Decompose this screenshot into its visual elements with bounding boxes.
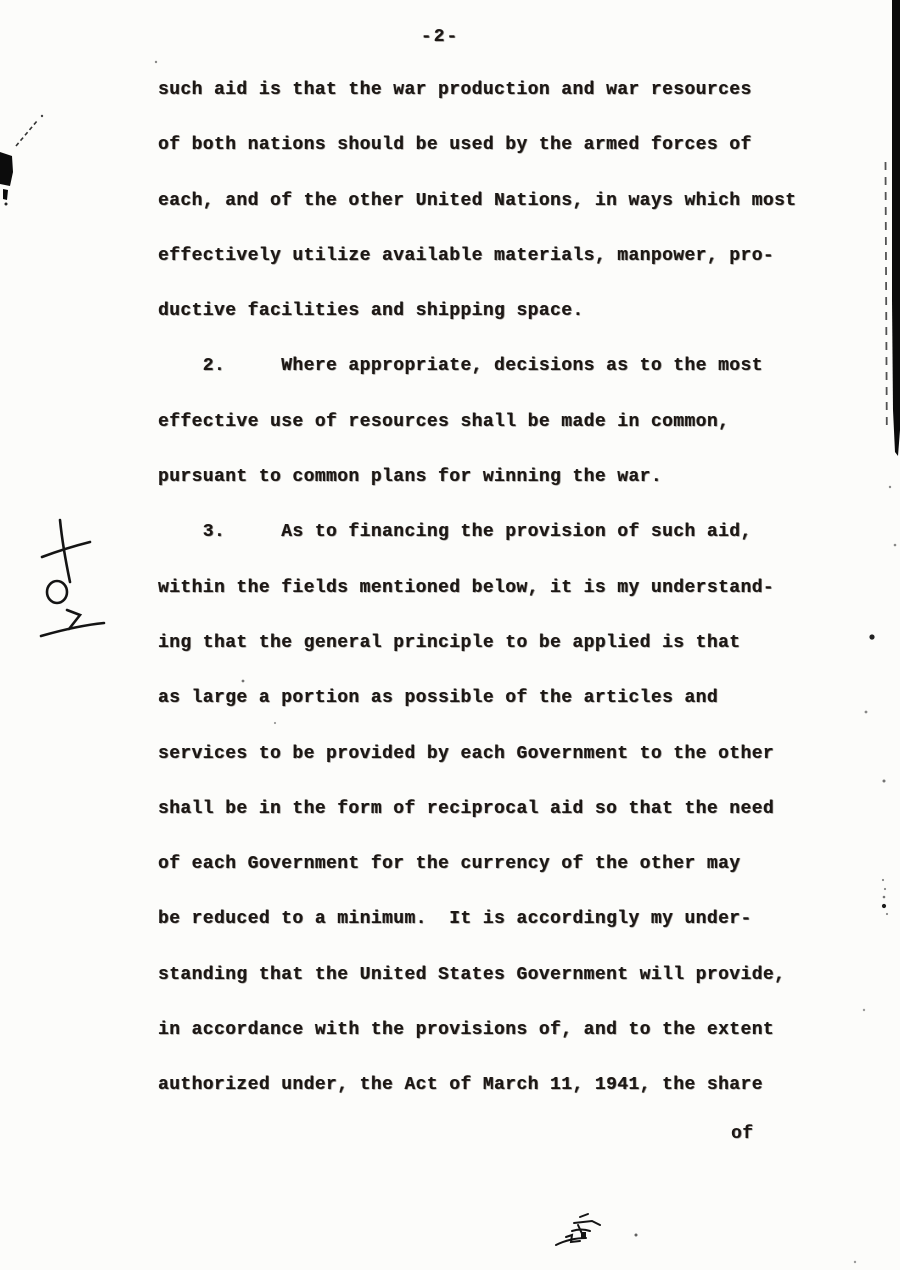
text-line: standing that the United States Governme… [158, 948, 878, 1003]
text-line: services to be provided by each Governme… [158, 727, 878, 782]
document-body: such aid is that the war production and … [158, 63, 878, 1114]
text-line: each, and of the other United Nations, i… [158, 174, 878, 229]
text-line: ing that the general principle to be app… [158, 616, 878, 671]
text-line: effectively utilize available materials,… [158, 229, 878, 284]
text-line: pursuant to common plans for winning the… [158, 450, 878, 505]
text-line: shall be in the form of reciprocal aid s… [158, 782, 878, 837]
scratch-mark-artifact [16, 115, 43, 146]
fold-dashed-line-artifact [886, 162, 887, 428]
scanned-document-page: -2- such aid is that the war production … [0, 0, 900, 1270]
handwritten-margin-mark [41, 520, 104, 636]
text-line: authorized under, the Act of March 11, 1… [158, 1058, 878, 1113]
text-line: effective use of resources shall be made… [158, 395, 878, 450]
text-line: of both nations should be used by the ar… [158, 118, 878, 173]
ink-smudge-artifact [556, 1214, 600, 1245]
page-number: -2- [404, 27, 476, 47]
left-edge-mark-artifact [0, 152, 13, 206]
text-line: 2. Where appropriate, decisions as to th… [158, 339, 878, 394]
text-line: such aid is that the war production and … [158, 63, 878, 118]
catchword: of [731, 1124, 753, 1144]
text-line: as large a portion as possible of the ar… [158, 671, 878, 726]
text-line: be reduced to a minimum. It is according… [158, 892, 878, 947]
text-line: 3. As to financing the provision of such… [158, 505, 878, 560]
text-line: within the fields mentioned below, it is… [158, 561, 878, 616]
scanner-edge-bar-artifact [892, 0, 900, 456]
text-line: of each Government for the currency of t… [158, 837, 878, 892]
text-line: ductive facilities and shipping space. [158, 284, 878, 339]
text-line: in accordance with the provisions of, an… [158, 1003, 878, 1058]
